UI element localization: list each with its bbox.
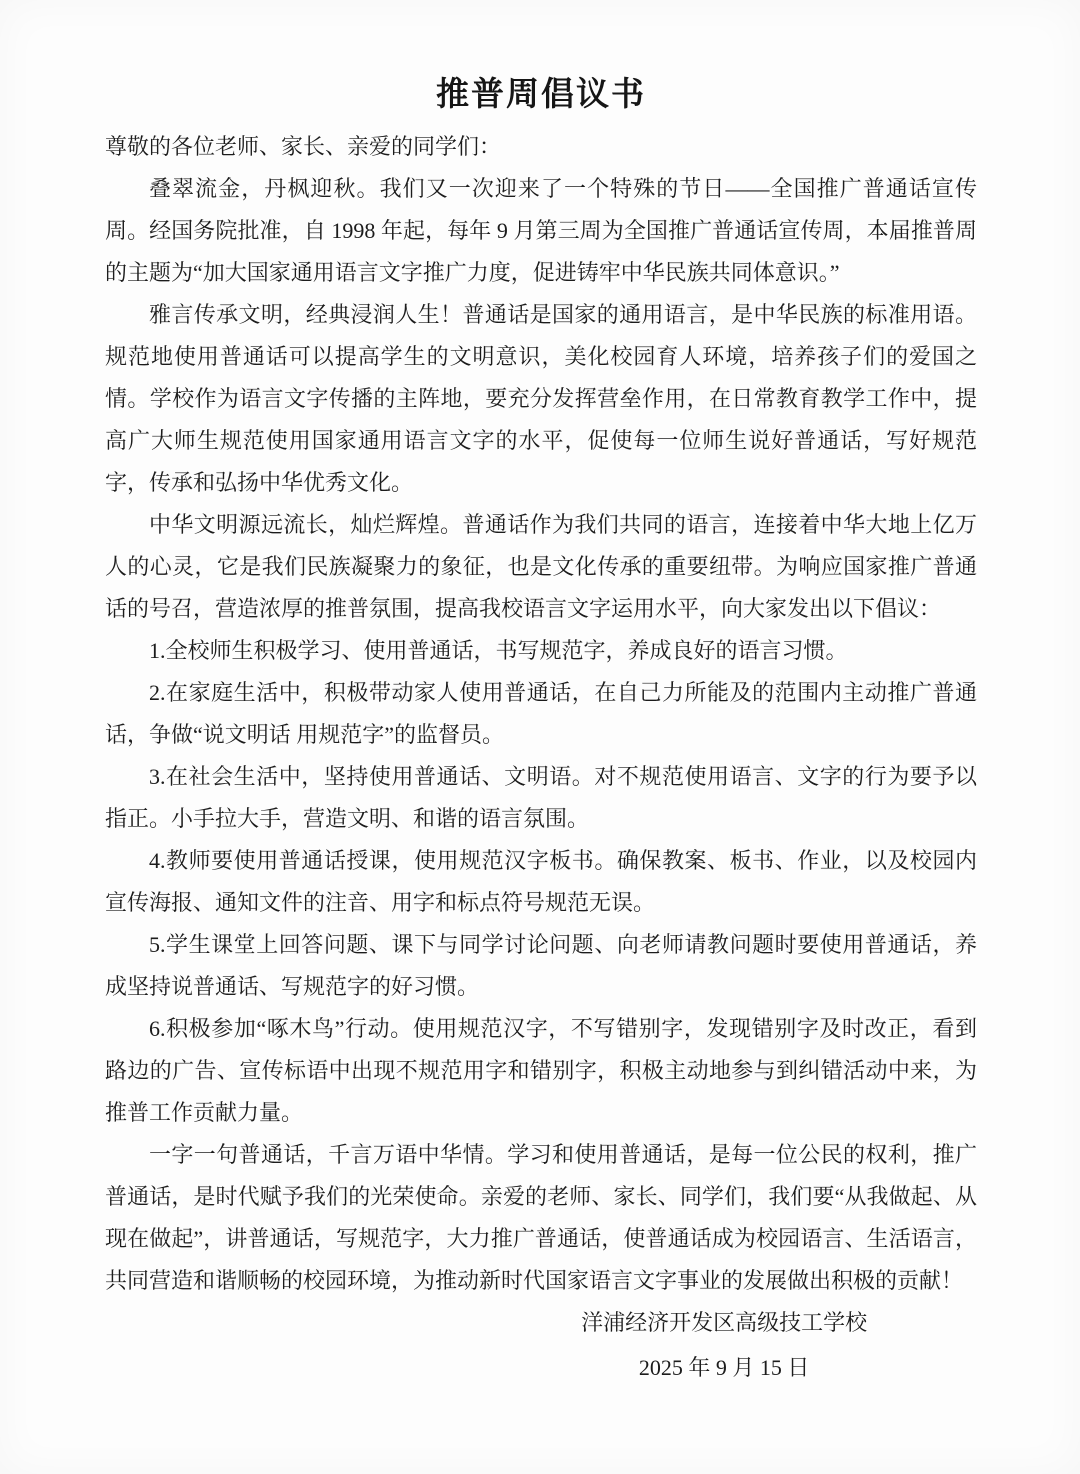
body-paragraph: 中华文明源远流长，灿烂辉煌。普通话作为我们共同的语言，连接着中华大地上亿万人的心…	[105, 504, 977, 630]
body-paragraph: 雅言传承文明，经典浸润人生！普通话是国家的通用语言，是中华民族的标准用语。规范地…	[105, 294, 977, 504]
document-title: 推普周倡议书	[105, 72, 977, 118]
signature-block: 洋浦经济开发区高级技工学校 2025 年 9 月 15 日	[471, 1302, 977, 1389]
document-body: 叠翠流金，丹枫迎秋。我们又一次迎来了一个特殊的节日——全国推广普通话宣传周。经国…	[105, 168, 977, 1302]
body-paragraph: 3.在社会生活中，坚持使用普通话、文明语。对不规范使用语言、文字的行为要予以指正…	[105, 756, 977, 840]
body-paragraph: 4.教师要使用普通话授课，使用规范汉字板书。确保教案、板书、作业，以及校园内宣传…	[105, 840, 977, 924]
body-paragraph: 5.学生课堂上回答问题、课下与同学讨论问题、向老师请教问题时要使用普通话，养成坚…	[105, 924, 977, 1008]
body-paragraph: 叠翠流金，丹枫迎秋。我们又一次迎来了一个特殊的节日——全国推广普通话宣传周。经国…	[105, 168, 977, 294]
salutation-line: 尊敬的各位老师、家长、亲爱的同学们：	[105, 126, 977, 168]
body-paragraph: 6.积极参加“啄木鸟”行动。使用规范汉字，不写错别字，发现错别字及时改正，看到路…	[105, 1008, 977, 1134]
body-paragraph: 一字一句普通话，千言万语中华情。学习和使用普通话，是每一位公民的权利，推广普通话…	[105, 1134, 977, 1302]
signature-date: 2025 年 9 月 15 日	[471, 1347, 977, 1389]
body-paragraph: 1.全校师生积极学习、使用普通话，书写规范字，养成良好的语言习惯。	[105, 630, 977, 672]
body-paragraph: 2.在家庭生活中，积极带动家人使用普通话，在自己力所能及的范围内主动推广普通话，…	[105, 672, 977, 756]
document-page: 推普周倡议书 尊敬的各位老师、家长、亲爱的同学们： 叠翠流金，丹枫迎秋。我们又一…	[0, 0, 1080, 1474]
signature-school-name: 洋浦经济开发区高级技工学校	[471, 1302, 977, 1344]
